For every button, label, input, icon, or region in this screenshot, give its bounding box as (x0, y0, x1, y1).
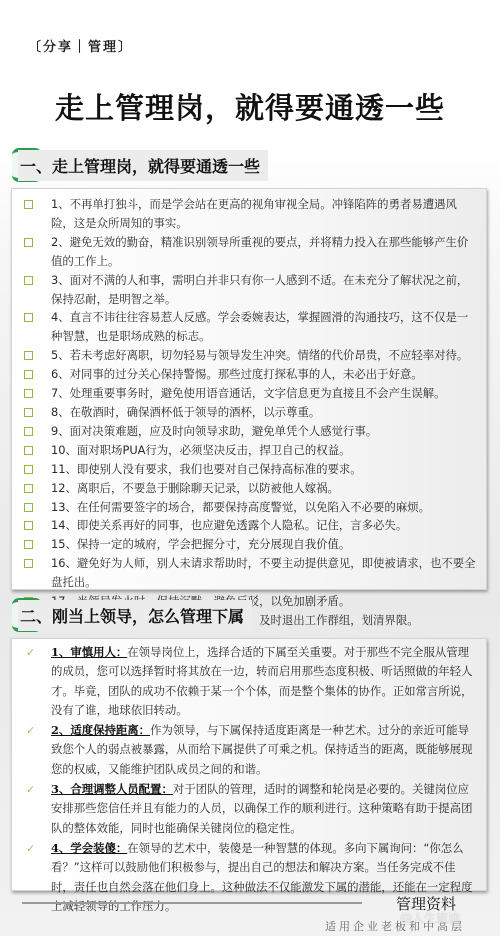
checkbox-square-icon (22, 460, 51, 479)
footer-divider (22, 902, 362, 904)
list-item-text: 8、在敬酒时，确保酒杯低于领导的酒杯，以示尊重。 (51, 403, 476, 422)
checkbox-square-icon (22, 535, 51, 554)
list-item: 10、面对职场PUA行为，必须坚决反击，捍卫自己的权益。 (22, 441, 476, 460)
list-item: ✓3、合理调整人员配置：对于团队的管理，适时的调整和轮岗是必要的。关键岗位应安排… (22, 780, 476, 838)
list-item-text: 15、保持一定的城府，学会把握分寸，充分展现自我价值。 (51, 535, 476, 554)
checkbox-square-icon (22, 516, 51, 535)
list-item: 4、直言不讳往往容易惹人反感。学会委婉表达，掌握圆滑的沟通技巧，这不仅是一种智慧… (22, 308, 476, 346)
list-item: 3、面对不满的人和事，需明白并非只有你一人感到不适。在未充分了解状况之前，保持忍… (22, 271, 476, 309)
list-item: ✓1、审慎用人：在领导岗位上，选择合适的下属至关重要。对于那些不完全服从管理的成… (22, 643, 476, 720)
list-item: 16、避免好为人师，别人未请求帮助时，不要主动提供意见，即使被请求，也不要全盘托… (22, 554, 476, 592)
checkbox-square-icon (22, 498, 51, 517)
list-item: 8、在敬酒时，确保酒杯低于领导的酒杯，以示尊重。 (22, 403, 476, 422)
list-item: 7、处理重要事务时，避免使用语音通话，文字信息更为直接且不会产生误解。 (22, 384, 476, 403)
list-item-text: 13、在任何需要签字的场合，都要保持高度警觉，以免陷入不必要的麻烦。 (51, 498, 476, 517)
list-item-text: 11、即使别人没有要求，我们也要对自己保持高标准的要求。 (51, 460, 476, 479)
checkbox-square-icon (22, 233, 51, 271)
section2-title: 二、刚当上领导，怎么管理下属 (18, 600, 252, 631)
checkbox-square-icon (22, 479, 51, 498)
section2-heading: 二、刚当上领导，怎么管理下属 (12, 598, 252, 632)
list-item: 14、即使关系再好的同事，也应避免透露个人隐私。记住，言多必失。 (22, 516, 476, 535)
watermark: @人生旅途 (400, 909, 460, 926)
list-item: 11、即使别人没有要求，我们也要对自己保持高标准的要求。 (22, 460, 476, 479)
list-item: 13、在任何需要签字的场合，都要保持高度警觉，以免陷入不必要的麻烦。 (22, 498, 476, 517)
checkmark-icon: ✓ (22, 643, 51, 720)
list-item-text: 5、若未考虑好离职，切勿轻易与领导发生冲突。情绪的代价昂贵，不应轻率对待。 (51, 346, 476, 365)
item-label: 2、适度保持距离： (51, 723, 150, 737)
section1-heading: 一、走上管理岗，就得要通透一些 (12, 148, 268, 182)
list-item-text: 3、合理调整人员配置：对于团队的管理，适时的调整和轮岗是必要的。关键岗位应安排那… (51, 780, 476, 838)
list-item-text: 16、避免好为人师，别人未请求帮助时，不要主动提供意见，即使被请求，也不要全盘托… (51, 554, 476, 592)
checkbox-square-icon (22, 384, 51, 403)
management-list: ✓1、审慎用人：在领导岗位上，选择合适的下属至关重要。对于那些不完全服从管理的成… (12, 639, 486, 921)
list-item-text: 3、面对不满的人和事，需明白并非只有你一人感到不适。在未充分了解状况之前，保持忍… (51, 271, 476, 309)
section2-box: ✓1、审慎用人：在领导岗位上，选择合适的下属至关重要。对于那些不完全服从管理的成… (11, 638, 487, 891)
list-item-text: 10、面对职场PUA行为，必须坚决反击，捍卫自己的权益。 (51, 441, 476, 460)
list-item-text: 12、离职后，不要急于删除聊天记录，以防被他人嫁祸。 (51, 479, 476, 498)
checkmark-icon: ✓ (22, 839, 51, 916)
list-item: 12、离职后，不要急于删除聊天记录，以防被他人嫁祸。 (22, 479, 476, 498)
checkbox-square-icon (22, 441, 51, 460)
page-title: 走上管理岗，就得要通透一些 (0, 86, 500, 127)
list-item: ✓2、适度保持距离：作为领导，与下属保持适度距离是一种艺术。过分的亲近可能导致您… (22, 721, 476, 779)
list-item: 1、不再单打独斗，而是学会站在更高的视角审视全局。冲锋陷阵的勇者易遭遇风险，这是… (22, 195, 476, 233)
checkbox-square-icon (22, 346, 51, 365)
list-item-text: 1、审慎用人：在领导岗位上，选择合适的下属至关重要。对于那些不完全服从管理的成员… (51, 643, 476, 720)
list-item-text: 7、处理重要事务时，避免使用语音通话，文字信息更为直接且不会产生误解。 (51, 384, 476, 403)
list-item-text: 4、直言不讳往往容易惹人反感。学会委婉表达，掌握圆滑的沟通技巧，这不仅是一种智慧… (51, 308, 476, 346)
item-label: 4、学会装傻： (51, 841, 127, 855)
list-item-text: 9、面对决策难题，应及时向领导求助，避免单凭个人感觉行事。 (51, 422, 476, 441)
list-item: 5、若未考虑好离职，切勿轻易与领导发生冲突。情绪的代价昂贵，不应轻率对待。 (22, 346, 476, 365)
checkbox-square-icon (22, 308, 51, 346)
checkbox-square-icon (22, 365, 51, 384)
list-item: 9、面对决策难题，应及时向领导求助，避免单凭个人感觉行事。 (22, 422, 476, 441)
checkbox-square-icon (22, 195, 51, 233)
list-item-text: 2、避免无效的勤奋，精准识别领导所重视的要点，并将精力投入在那些能够产生价值的工… (51, 233, 476, 271)
list-item-text: 2、适度保持距离：作为领导，与下属保持适度距离是一种艺术。过分的亲近可能导致您个… (51, 721, 476, 779)
checkmark-icon: ✓ (22, 780, 51, 838)
list-item: 2、避免无效的勤奋，精准识别领导所重视的要点，并将精力投入在那些能够产生价值的工… (22, 233, 476, 271)
checkbox-square-icon (22, 554, 51, 592)
section1-title: 一、走上管理岗，就得要通透一些 (18, 150, 268, 181)
checkbox-square-icon (22, 271, 51, 309)
list-item-text: 6、对同事的过分关心保持警惕。那些过度打探私事的人，未必出于好意。 (51, 365, 476, 384)
category-tag: 〔分享｜管理〕 (28, 36, 133, 55)
checkbox-square-icon (22, 422, 51, 441)
section1-box: 1、不再单打独斗，而是学会站在更高的视角审视全局。冲锋陷阵的勇者易遭遇风险，这是… (11, 188, 487, 590)
item-label: 1、审慎用人： (51, 645, 127, 659)
list-item: 15、保持一定的城府，学会把握分寸，充分展现自我价值。 (22, 535, 476, 554)
checkmark-icon: ✓ (22, 721, 51, 779)
list-item-text: 1、不再单打独斗，而是学会站在更高的视角审视全局。冲锋陷阵的勇者易遭遇风险，这是… (51, 195, 476, 233)
tips-list: 1、不再单打独斗，而是学会站在更高的视角审视全局。冲锋陷阵的勇者易遭遇风险，这是… (12, 189, 486, 634)
item-label: 3、合理调整人员配置： (51, 782, 173, 796)
list-item: 6、对同事的过分关心保持警惕。那些过度打探私事的人，未必出于好意。 (22, 365, 476, 384)
list-item-text: 14、即使关系再好的同事，也应避免透露个人隐私。记住，言多必失。 (51, 516, 476, 535)
checkbox-square-icon (22, 403, 51, 422)
